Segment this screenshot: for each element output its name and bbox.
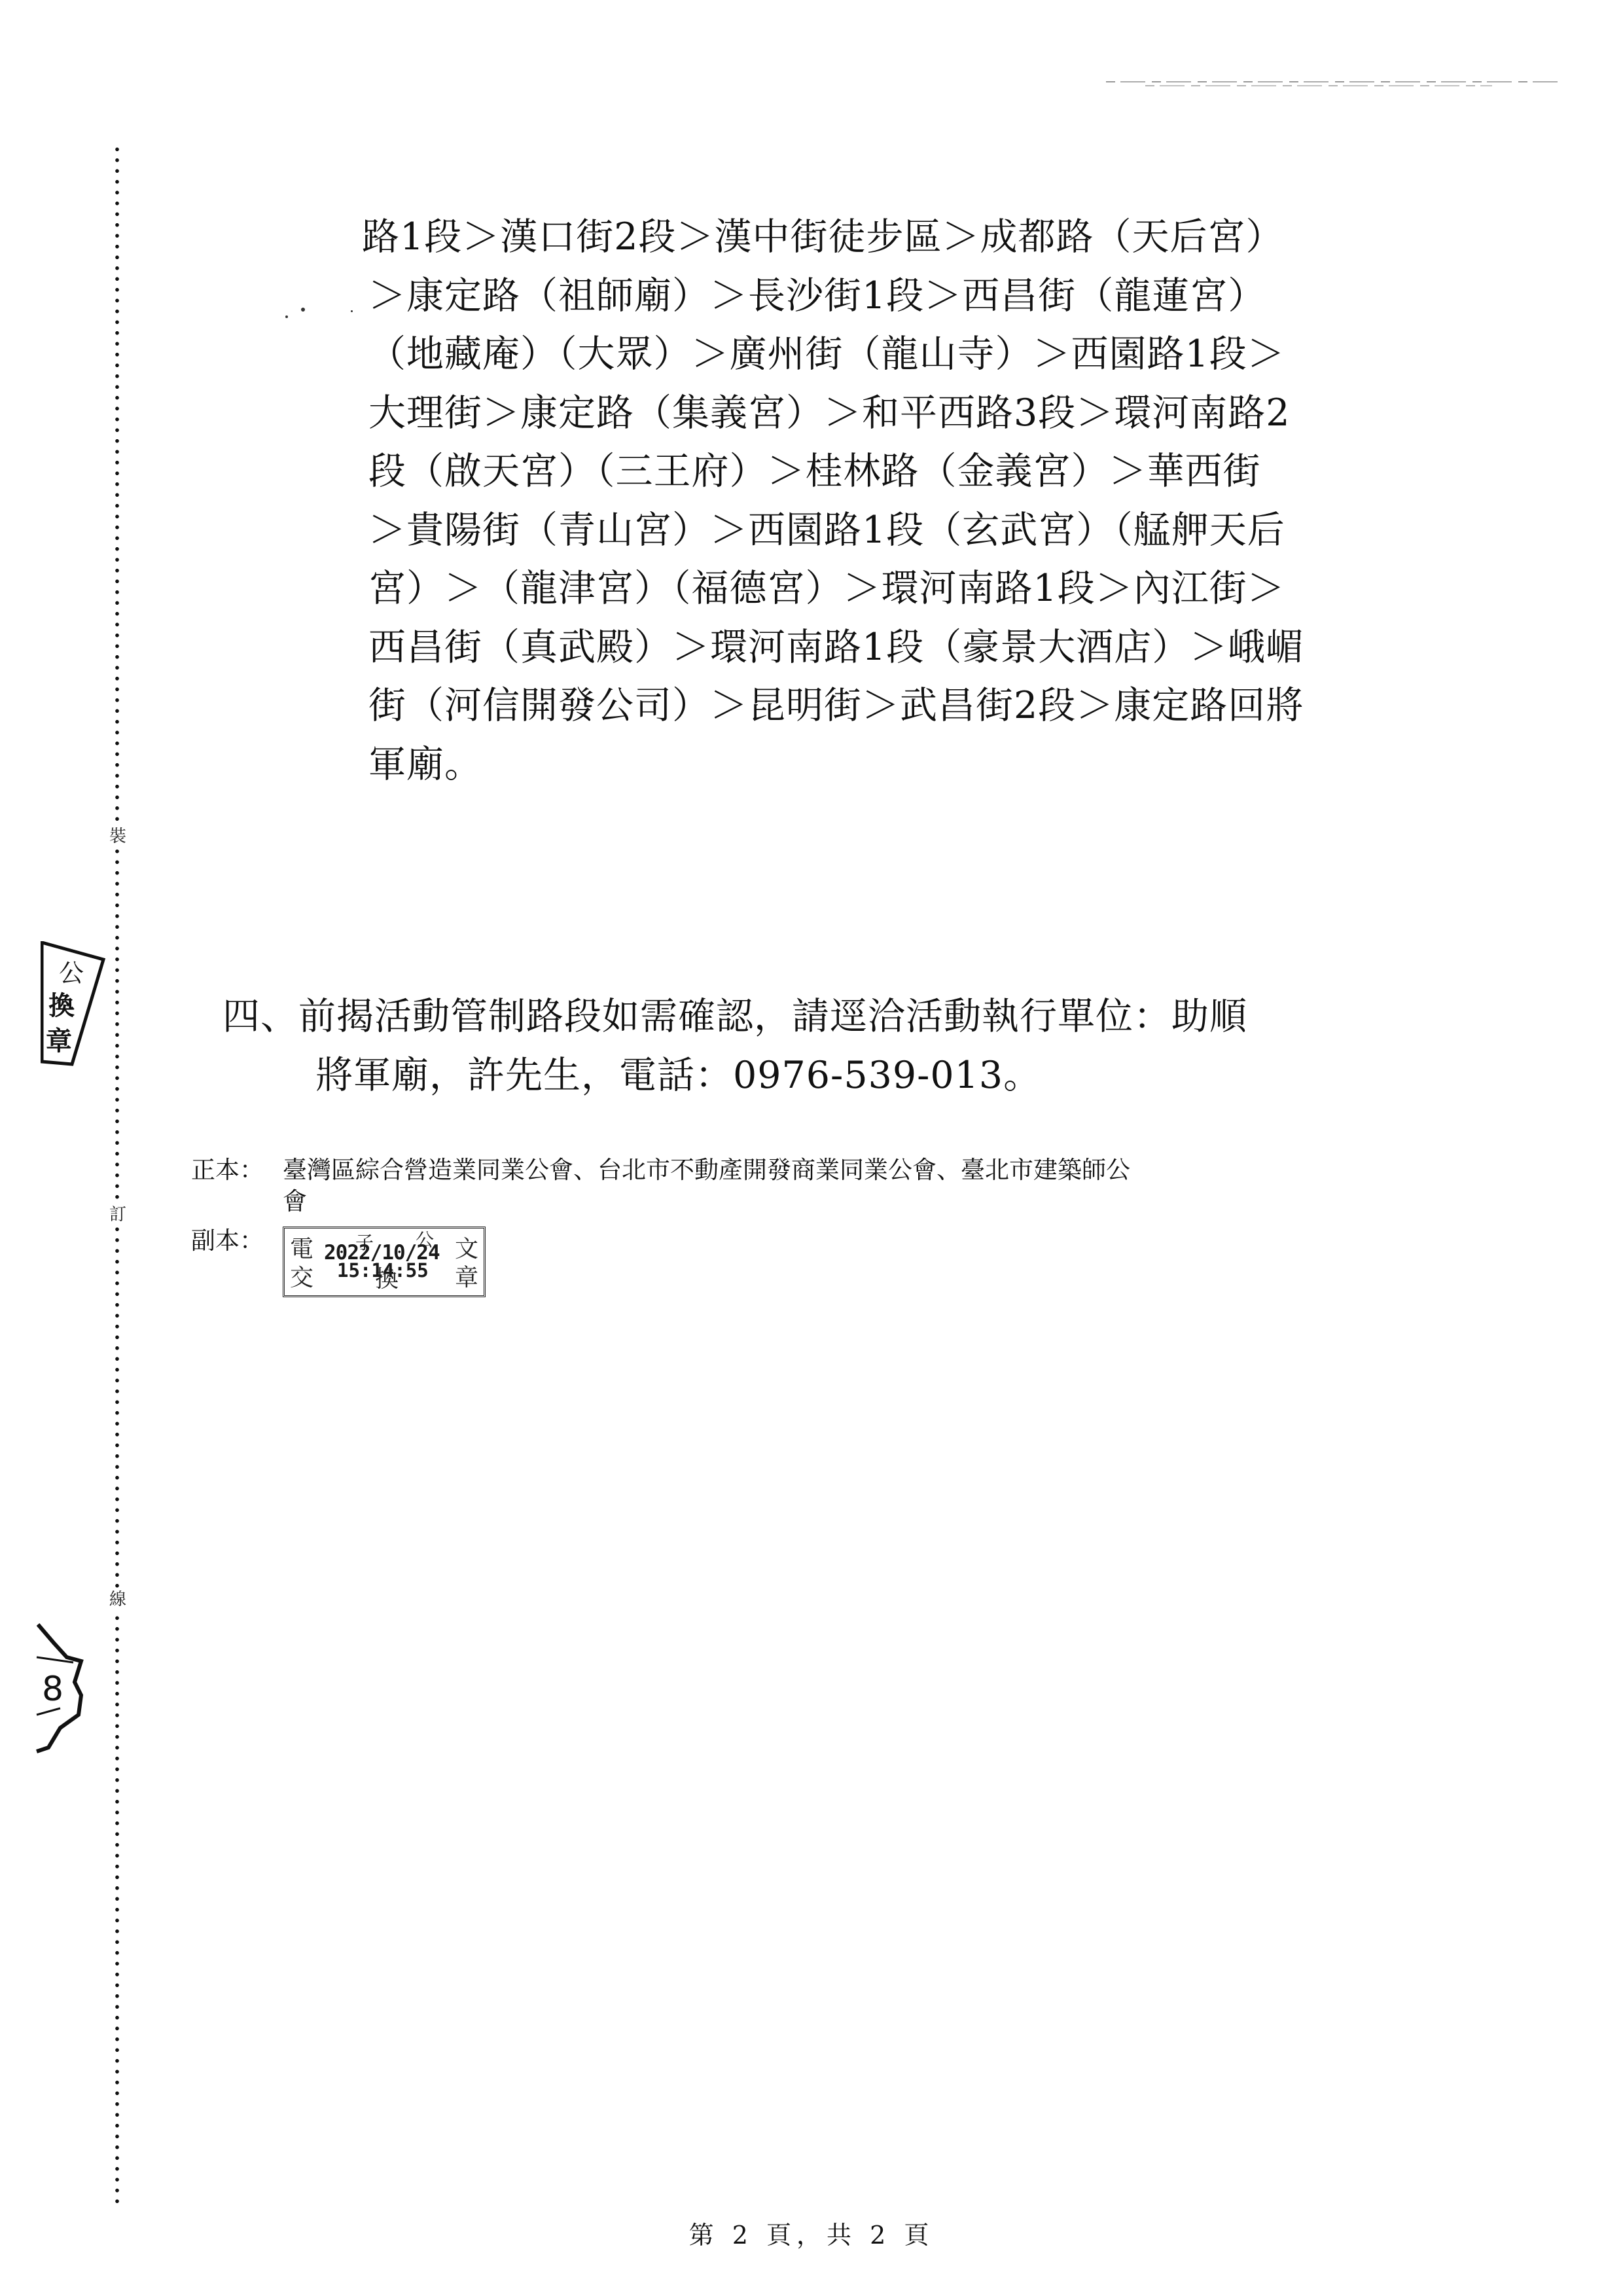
route-line: 路1段＞漢口街2段＞漢中街徒步區＞成都路（天后宮）	[362, 208, 1455, 267]
route-line: ＞康定路（祖師廟）＞長沙街1段＞西昌街（龍蓮宮）	[368, 267, 1455, 326]
route-line: 街（河信開發公司）＞昆明街＞武昌街2段＞康定路回將	[368, 677, 1455, 736]
binding-mark-zhuang: 裝	[107, 826, 128, 847]
binding-mark-ding: 訂	[107, 1204, 128, 1225]
svg-text:8: 8	[42, 1670, 63, 1709]
original-label: 正本：	[191, 1155, 283, 1186]
route-line: 宮）＞（龍津宮）（福德宮）＞環河南路1段＞內江街＞	[368, 560, 1455, 619]
contact-line-2: 將軍廟，許先生，電話：0976-539-013。	[223, 1046, 1453, 1105]
original-recipients-row: 正本： 臺灣區綜合營造業同業公會、台北市不動產開發商業同業公會、臺北市建築師公	[191, 1155, 1435, 1186]
route-line: 西昌街（真武殿）＞環河南路1段（豪景大酒店）＞峨嵋	[368, 619, 1455, 677]
partial-seal-lower-icon: 8	[34, 1623, 86, 1754]
copy-recipients-row: 副本： 電 子 公 文 交 換 章 2022/10/24 15:14:55	[191, 1224, 1435, 1297]
route-line: （地藏庵）（大眾）＞廣州街（龍山寺）＞西園路1段＞	[368, 325, 1455, 384]
original-recipients: 臺灣區綜合營造業同業公會、台北市不動產開發商業同業公會、臺北市建築師公	[283, 1155, 1130, 1186]
partial-seal-upper-icon: 公 換 章	[41, 941, 106, 1072]
binding-dotted-line	[115, 144, 119, 2206]
scan-speck	[351, 310, 353, 312]
route-line: 段（啟天宮）（三王府）＞桂林路（金義宮）＞華西街	[368, 442, 1455, 501]
contact-line-1: 四、前揭活動管制路段如需確認，請逕洽活動執行單位：助順	[223, 987, 1453, 1046]
svg-text:換: 換	[48, 990, 75, 1021]
stamp-char: 章	[455, 1266, 478, 1290]
original-recipients-cont: 會	[191, 1186, 1435, 1217]
scan-noise-line	[1106, 81, 1558, 89]
stamp-time: 15:14:55	[337, 1261, 429, 1280]
copy-label: 副本：	[191, 1224, 283, 1257]
document-exchange-stamp: 電 子 公 文 交 換 章 2022/10/24 15:14:55	[283, 1227, 486, 1297]
noise-line-b	[1145, 85, 1492, 86]
stamp-char: 文	[455, 1238, 478, 1261]
route-line: 大理街＞康定路（集義宮）＞和平西路3段＞環河南路2	[368, 384, 1455, 443]
route-listing: 路1段＞漢口街2段＞漢中街徒步區＞成都路（天后宮） ＞康定路（祖師廟）＞長沙街1…	[368, 208, 1455, 794]
route-line: 軍廟。	[368, 736, 1455, 795]
page-number: 第 2 頁，共 2 頁	[0, 2215, 1623, 2251]
scan-speck	[285, 315, 288, 318]
recipients-block: 正本： 臺灣區綜合營造業同業公會、台北市不動產開發商業同業公會、臺北市建築師公 …	[191, 1155, 1435, 1297]
route-line: ＞貴陽街（青山宮）＞西園路1段（玄武宮）（艋舺天后	[368, 501, 1455, 560]
binding-mark-xian: 線	[107, 1589, 128, 1610]
stamp-char: 交	[290, 1266, 313, 1290]
noise-line-a	[1106, 81, 1558, 82]
svg-text:章: 章	[46, 1026, 72, 1056]
binding-margin: 裝 訂 線	[98, 144, 137, 2206]
svg-text:公: 公	[59, 959, 84, 988]
stamp-char: 電	[290, 1238, 313, 1261]
scan-speck	[301, 308, 305, 312]
contact-paragraph: 四、前揭活動管制路段如需確認，請逕洽活動執行單位：助順 將軍廟，許先生，電話：0…	[223, 987, 1453, 1105]
